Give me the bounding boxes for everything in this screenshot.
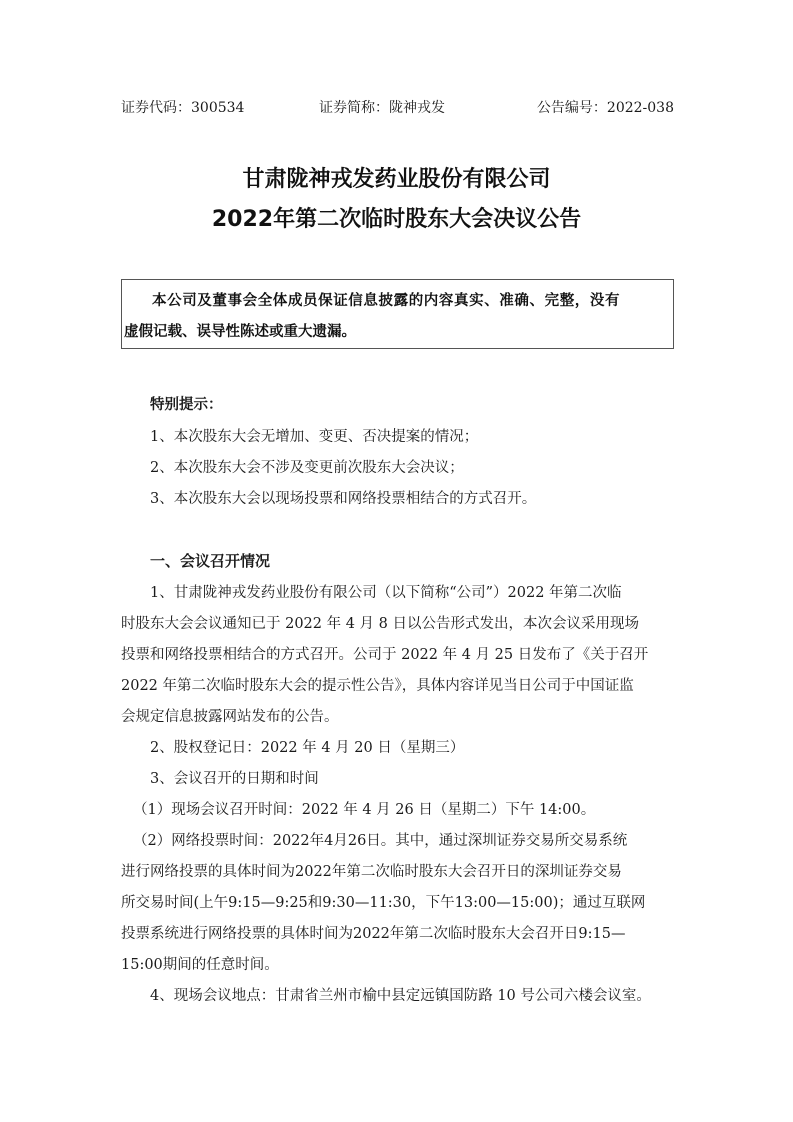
disclosure-notice-box: 本公司及董事会全体成员保证信息披露的内容真实、准确、完整，没有 虚假记载、误导性… xyxy=(121,279,674,349)
tip-item: 1、本次股东大会无增加、变更、否决提案的情况； xyxy=(150,427,478,447)
registration-date: 2、股权登记日：2022 年 4 月 20 日（星期三） xyxy=(150,738,464,758)
tip-item: 2、本次股东大会不涉及变更前次股东大会决议； xyxy=(150,458,464,478)
paragraph-line: 所交易时间(上午9:15—9:25和9:30—11:30，下午13:00—15:… xyxy=(121,893,645,913)
paragraph-line: 15:00期间的任意时间。 xyxy=(121,955,279,975)
paragraph-line: 进行网络投票的具体时间为2022年第二次临时股东大会召开日的深圳证券交易 xyxy=(121,862,622,882)
stock-name: 证券简称：陇神戎发 xyxy=(319,97,445,119)
announcement-header: 证券代码：300534 证券简称：陇神戎发 公告编号：2022-038 xyxy=(121,97,674,119)
onsite-meeting-time: （1）现场会议召开时间：2022 年 4 月 26 日（星期二）下午 14:00… xyxy=(133,800,595,820)
company-title: 甘肃陇神戎发药业股份有限公司 xyxy=(0,165,793,195)
announcement-number: 公告编号：2022-038 xyxy=(537,97,674,119)
paragraph-line: 投票和网络投票相结合的方式召开。公司于 2022 年 4 月 25 日发布了《关… xyxy=(121,645,648,665)
meeting-location: 4、现场会议地点：甘肃省兰州市榆中县定远镇国防路 10 号公司六楼会议室。 xyxy=(150,986,651,1006)
paragraph-line: 会规定信息披露网站发布的公告。 xyxy=(121,707,339,727)
paragraph-line: 时股东大会会议通知已于 2022 年 4 月 8 日以公告形式发出，本次会议采用… xyxy=(121,614,639,634)
notice-line-2: 虚假记载、误导性陈述或重大遗漏。 xyxy=(124,320,356,341)
meeting-time-heading: 3、会议召开的日期和时间 xyxy=(150,769,319,789)
paragraph-line: 投票系统进行网络投票的具体时间为2022年第二次临时股东大会召开日9:15— xyxy=(121,924,625,944)
section-heading: 一、会议召开情况 xyxy=(150,550,270,572)
paragraph-line: 2022 年第二次临时股东大会的提示性公告》，具体内容详见当日公司于中国证监 xyxy=(121,676,634,696)
tip-item: 3、本次股东大会以现场投票和网络投票相结合的方式召开。 xyxy=(150,489,536,509)
announcement-title: 2022年第二次临时股东大会决议公告 xyxy=(0,205,793,235)
special-tips-heading: 特别提示： xyxy=(150,395,223,415)
document-page: 证券代码：300534 证券简称：陇神戎发 公告编号：2022-038 甘肃陇神… xyxy=(0,0,793,1122)
paragraph-line: 1、甘肃陇神戎发药业股份有限公司（以下简称“公司”）2022 年第二次临 xyxy=(150,583,622,603)
stock-code: 证券代码：300534 xyxy=(121,97,244,119)
paragraph-line: （2）网络投票时间：2022年4月26日。其中，通过深圳证券交易所交易系统 xyxy=(133,831,627,851)
notice-line-1: 本公司及董事会全体成员保证信息披露的内容真实、准确、完整，没有 xyxy=(152,289,620,310)
